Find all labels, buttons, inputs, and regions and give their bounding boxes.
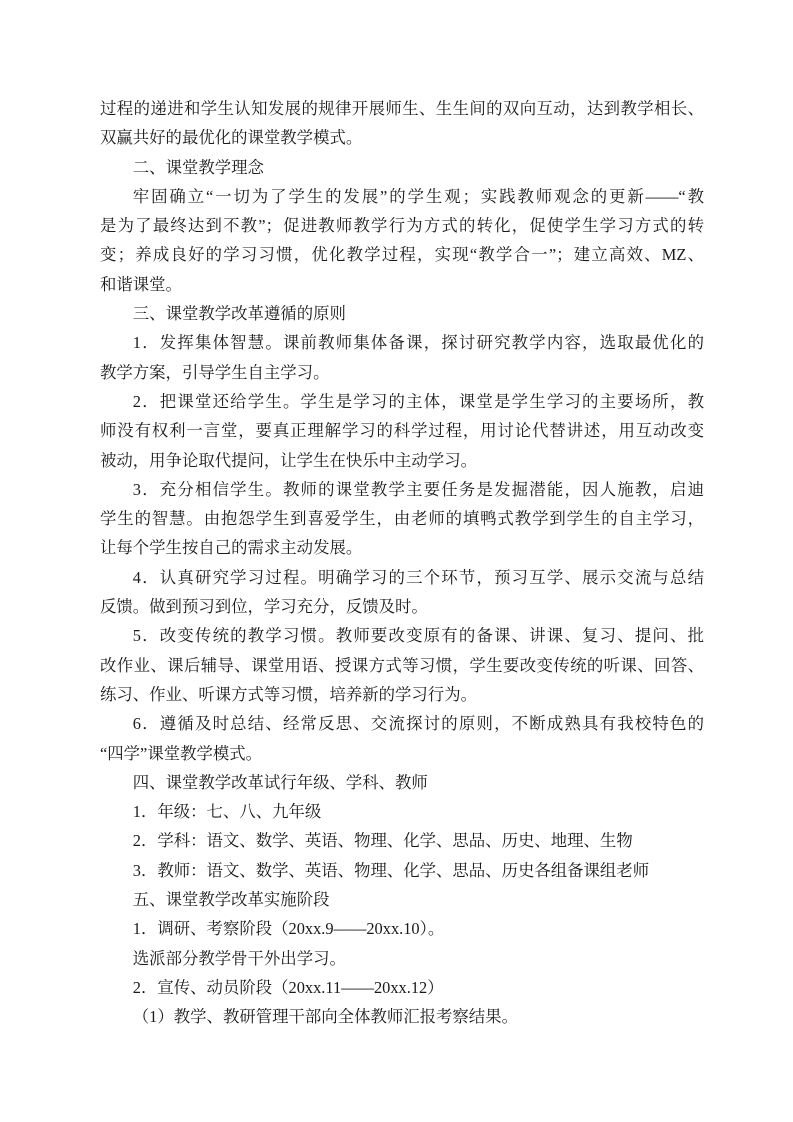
- paragraph: 2．宣传、动员阶段（20xx.11——20xx.12）: [100, 973, 704, 1002]
- document-line: 学生的智慧。由抱怨学生到喜爱学生，由老师的填鸭式教学到学生的自主学习，: [100, 504, 704, 533]
- document-line: “四学”课堂教学模式。: [100, 739, 704, 768]
- document-line: 变；养成良好的学习习惯，优化教学过程，实现“教学合一”；建立高效、MZ、: [100, 240, 704, 269]
- document-content: 过程的递进和学生认知发展的规律开展师生、生生间的双向互动，达到教学相长、双赢共好…: [100, 94, 704, 1032]
- paragraph: 5．改变传统的教学习惯。教师要改变原有的备课、讲课、复习、提问、批改作业、课后辅…: [100, 621, 704, 709]
- document-line: 3．教师：语文、数学、英语、物理、化学、思品、历史各组备课组老师: [100, 856, 704, 885]
- document-line: 和谐课堂。: [100, 270, 704, 299]
- document-line: 1．调研、考察阶段（20xx.9——20xx.10）。: [100, 914, 704, 943]
- paragraph: 过程的递进和学生认知发展的规律开展师生、生生间的双向互动，达到教学相长、双赢共好…: [100, 94, 704, 153]
- document-line: 五、课堂教学改革实施阶段: [100, 885, 704, 914]
- document-line: 5．改变传统的教学习惯。教师要改变原有的备课、讲课、复习、提问、批: [100, 621, 704, 650]
- document-line: 教学方案，引导学生自主学习。: [100, 358, 704, 387]
- paragraph: 6．遵循及时总结、经常反思、交流探讨的原则，不断成熟具有我校特色的“四学”课堂教…: [100, 709, 704, 768]
- document-line: 是为了最终达到不教”；促进教师教学行为方式的转化，促使学生学习方式的转: [100, 211, 704, 240]
- document-line: 四、课堂教学改革试行年级、学科、教师: [100, 768, 704, 797]
- document-line: 反馈。做到预习到位，学习充分，反馈及时。: [100, 592, 704, 621]
- document-line: 6．遵循及时总结、经常反思、交流探讨的原则，不断成熟具有我校特色的: [100, 709, 704, 738]
- paragraph: 选派部分教学骨干外出学习。: [100, 944, 704, 973]
- paragraph: 1．年级：七、八、九年级: [100, 797, 704, 826]
- document-line: 1．年级：七、八、九年级: [100, 797, 704, 826]
- document-page: 过程的递进和学生认知发展的规律开展师生、生生间的双向互动，达到教学相长、双赢共好…: [0, 0, 793, 1122]
- document-line: 2．学科：语文、数学、英语、物理、化学、思品、历史、地理、生物: [100, 826, 704, 855]
- paragraph: 四、课堂教学改革试行年级、学科、教师: [100, 768, 704, 797]
- paragraph: 3．充分相信学生。教师的课堂教学主要任务是发掘潜能，因人施教，启迪学生的智慧。由…: [100, 475, 704, 563]
- document-line: 3．充分相信学生。教师的课堂教学主要任务是发掘潜能，因人施教，启迪: [100, 475, 704, 504]
- paragraph: 3．教师：语文、数学、英语、物理、化学、思品、历史各组备课组老师: [100, 856, 704, 885]
- document-line: 牢固确立“一切为了学生的发展”的学生观；实践教师观念的更新——“教: [100, 182, 704, 211]
- paragraph: 三、课堂教学改革遵循的原则: [100, 299, 704, 328]
- document-line: 1．发挥集体智慧。课前教师集体备课，探讨研究教学内容，选取最优化的: [100, 328, 704, 357]
- document-line: 师没有权利一言堂，要真正理解学习的科学过程，用讨论代替讲述，用互动改变: [100, 416, 704, 445]
- paragraph: 牢固确立“一切为了学生的发展”的学生观；实践教师观念的更新——“教是为了最终达到…: [100, 182, 704, 299]
- document-line: 被动，用争论取代提问，让学生在快乐中主动学习。: [100, 446, 704, 475]
- paragraph: 二、课堂教学理念: [100, 153, 704, 182]
- paragraph: 4．认真研究学习过程。明确学习的三个环节，预习互学、展示交流与总结反馈。做到预习…: [100, 563, 704, 622]
- paragraph: 2．把课堂还给学生。学生是学习的主体，课堂是学生学习的主要场所，教师没有权利一言…: [100, 387, 704, 475]
- document-line: 2．宣传、动员阶段（20xx.11——20xx.12）: [100, 973, 704, 1002]
- document-line: 二、课堂教学理念: [100, 153, 704, 182]
- document-line: （1）教学、教研管理干部向全体教师汇报考察结果。: [100, 1002, 704, 1031]
- document-line: 让每个学生按自己的需求主动发展。: [100, 533, 704, 562]
- paragraph: 2．学科：语文、数学、英语、物理、化学、思品、历史、地理、生物: [100, 826, 704, 855]
- paragraph: 1．发挥集体智慧。课前教师集体备课，探讨研究教学内容，选取最优化的教学方案，引导…: [100, 328, 704, 387]
- paragraph: （1）教学、教研管理干部向全体教师汇报考察结果。: [100, 1002, 704, 1031]
- paragraph: 1．调研、考察阶段（20xx.9——20xx.10）。: [100, 914, 704, 943]
- document-line: 三、课堂教学改革遵循的原则: [100, 299, 704, 328]
- document-line: 练习、作业、听课方式等习惯，培养新的学习行为。: [100, 680, 704, 709]
- paragraph: 五、课堂教学改革实施阶段: [100, 885, 704, 914]
- document-line: 2．把课堂还给学生。学生是学习的主体，课堂是学生学习的主要场所，教: [100, 387, 704, 416]
- document-line: 4．认真研究学习过程。明确学习的三个环节，预习互学、展示交流与总结: [100, 563, 704, 592]
- document-line: 过程的递进和学生认知发展的规律开展师生、生生间的双向互动，达到教学相长、: [100, 94, 704, 123]
- document-line: 双赢共好的最优化的课堂教学模式。: [100, 123, 704, 152]
- document-line: 选派部分教学骨干外出学习。: [100, 944, 704, 973]
- document-line: 改作业、课后辅导、课堂用语、授课方式等习惯，学生要改变传统的听课、回答、: [100, 651, 704, 680]
